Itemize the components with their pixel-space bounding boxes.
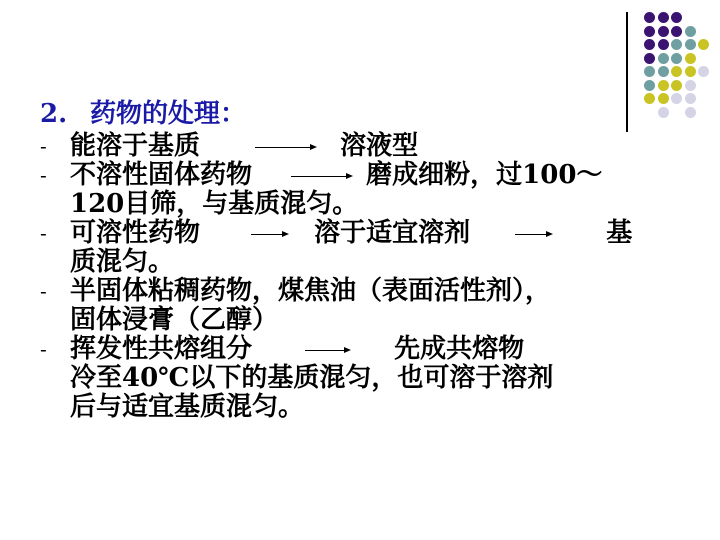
item-source: 可溶性药物 [70, 219, 200, 248]
bullet-item-soluble-drug: - 可溶性药物 溶于适宜溶剂 基 质混匀。 [40, 219, 680, 277]
decorative-dot [644, 39, 655, 50]
decorative-dot [685, 80, 696, 91]
bullet-dash: - [40, 161, 60, 190]
item-continuation: 后与适宜基质混匀。 [70, 393, 680, 422]
decorative-dot [644, 53, 655, 64]
decorative-dot [685, 53, 696, 64]
bullet-item-soluble-in-base: - 能溶于基质 溶液型 [40, 132, 680, 161]
item-intermediate: 溶于适宜溶剂 [314, 219, 470, 248]
decorative-dot [658, 80, 669, 91]
item-continuation: 固体浸膏（乙醇） [70, 306, 680, 335]
item-source: 挥发性共熔组分 [70, 335, 252, 364]
arrow-right-icon [251, 219, 289, 248]
decorative-dot [658, 66, 669, 77]
decorative-dot [644, 66, 655, 77]
item-continuation: 120目筛，与基质混匀。 [70, 190, 680, 219]
decorative-dot [671, 39, 682, 50]
decorative-dot [671, 12, 682, 23]
section-title: 药物的处理： [90, 99, 246, 129]
decorative-dot [698, 39, 709, 50]
section-number: 2. [40, 98, 90, 130]
decorative-dot [685, 39, 696, 50]
bullet-dash: - [40, 219, 60, 248]
item-continuation: 冷至40℃以下的基质混匀，也可溶于溶剂 [70, 364, 680, 393]
item-text: 半固体粘稠药物，煤焦油（表面活性剂）， [70, 277, 680, 306]
slide-content: 2.药物的处理： - 能溶于基质 溶液型 - 不溶性固体药物 磨成细粉，过100… [40, 98, 680, 422]
decorative-dot [671, 66, 682, 77]
decorative-dot [658, 39, 669, 50]
decorative-dot [698, 66, 709, 77]
arrow-right-icon [291, 161, 353, 190]
bullet-dash: - [40, 335, 60, 364]
arrow-right-icon [255, 132, 317, 161]
item-result: 先成共熔物 [394, 335, 524, 364]
decorative-dot [685, 93, 696, 104]
arrow-right-icon [305, 335, 351, 364]
item-result: 溶液型 [340, 132, 418, 161]
decorative-dot [671, 26, 682, 37]
item-result: 磨成细粉，过100～ [366, 161, 602, 190]
decorative-dot [644, 12, 655, 23]
item-result: 基 [606, 219, 632, 248]
decorative-dot [671, 53, 682, 64]
decorative-dot [658, 53, 669, 64]
bullet-dash: - [40, 277, 60, 306]
item-source: 不溶性固体药物 [70, 161, 252, 190]
item-source: 能溶于基质 [70, 132, 200, 161]
bullet-dash: - [40, 132, 60, 161]
bullet-item-volatile-eutectic: - 挥发性共熔组分 先成共熔物 冷至40℃以下的基质混匀，也可溶于溶剂 后与适宜… [40, 335, 680, 422]
decorative-dot [685, 107, 696, 118]
section-heading: 2.药物的处理： [40, 98, 680, 130]
item-continuation: 质混匀。 [70, 248, 680, 277]
decorative-dot [644, 80, 655, 91]
bullet-item-semisolid: - 半固体粘稠药物，煤焦油（表面活性剂）， 固体浸膏（乙醇） [40, 277, 680, 335]
arrow-right-icon [515, 219, 553, 248]
bullet-item-insoluble-solid: - 不溶性固体药物 磨成细粉，过100～ 120目筛，与基质混匀。 [40, 161, 680, 219]
decorative-dot [671, 80, 682, 91]
decorative-dot [685, 26, 696, 37]
decorative-dot [644, 26, 655, 37]
decorative-dot [658, 12, 669, 23]
decorative-dot [685, 66, 696, 77]
decorative-dot [658, 26, 669, 37]
